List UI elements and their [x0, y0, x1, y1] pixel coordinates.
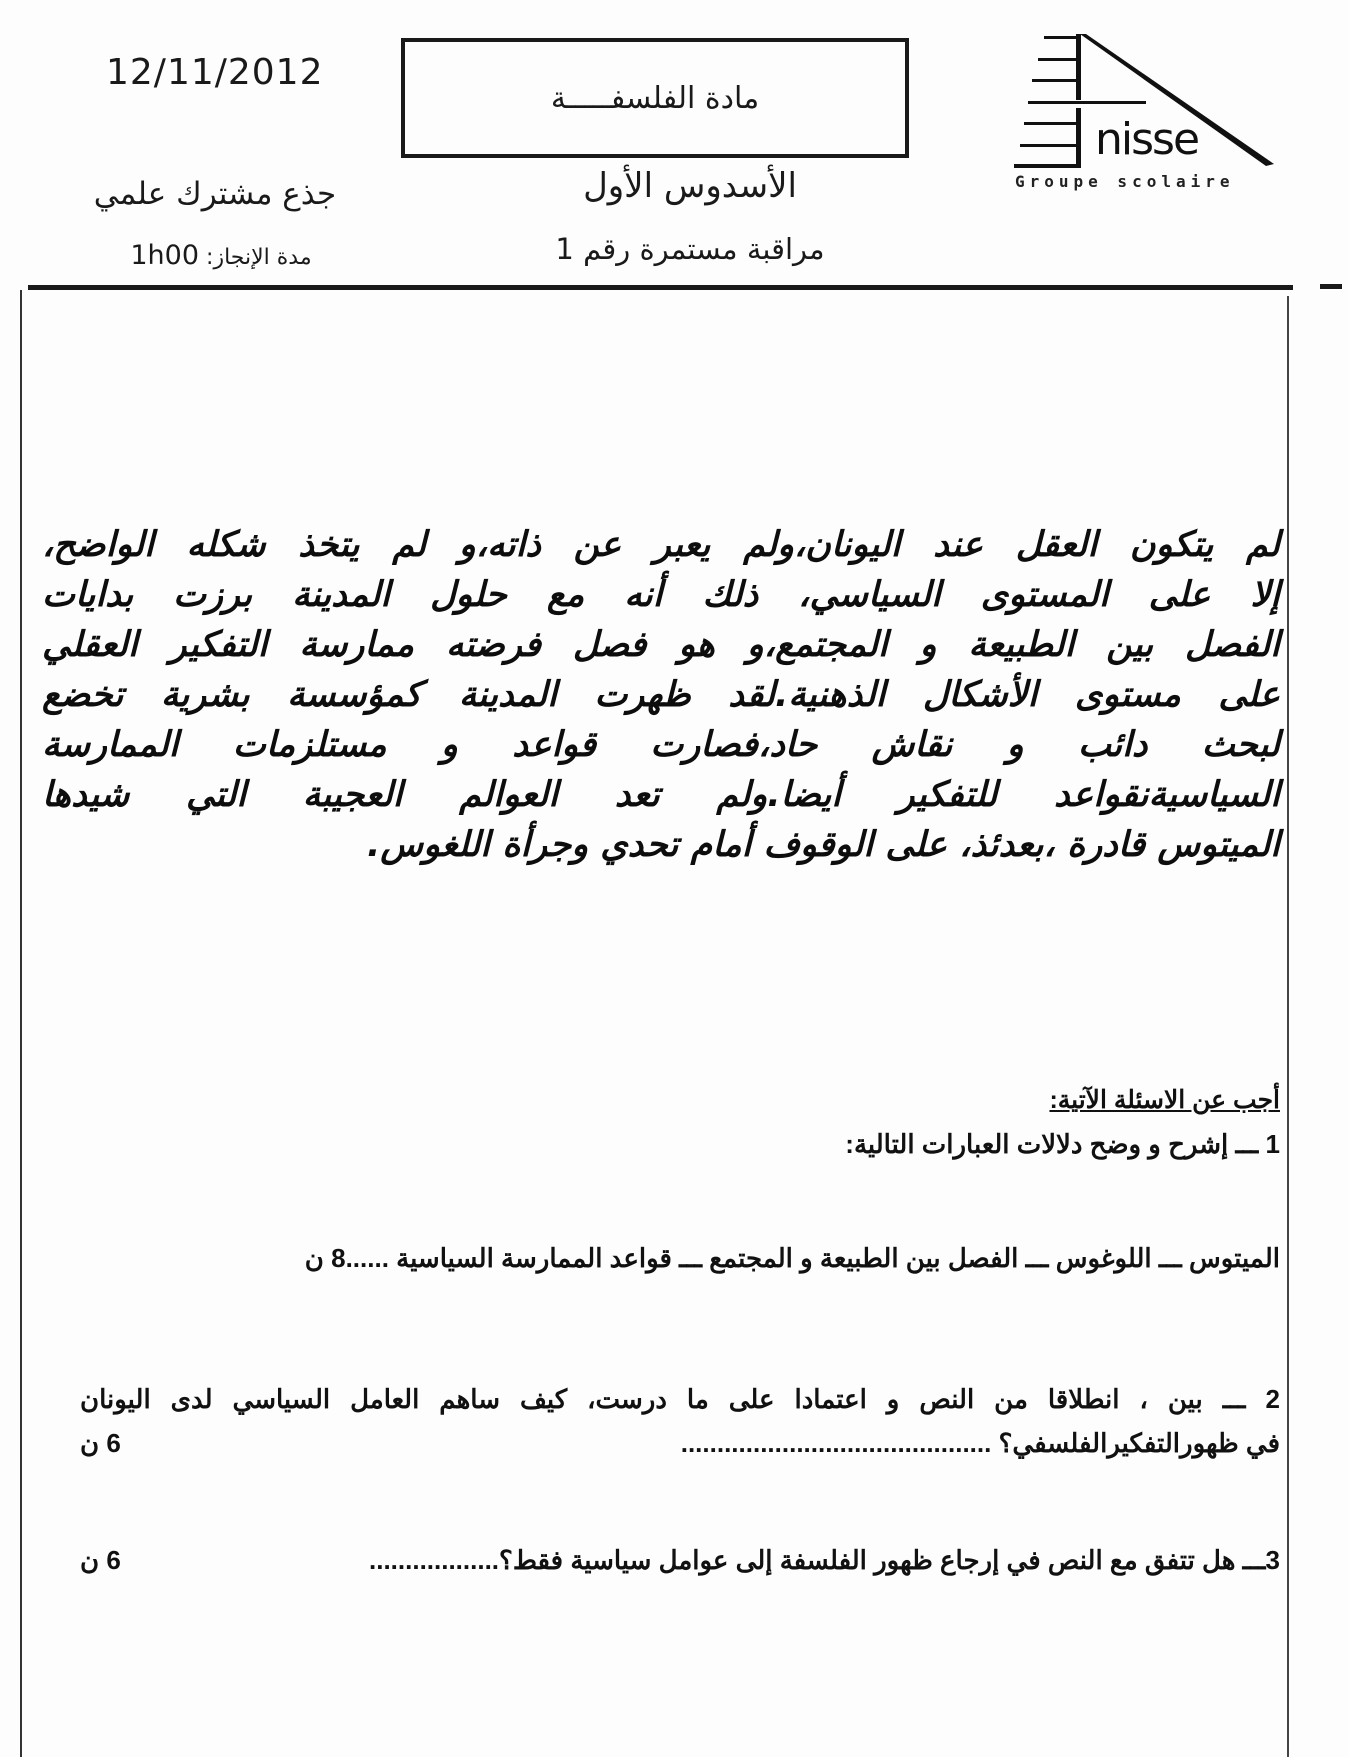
header-divider-tick — [1320, 284, 1342, 289]
semester-label: الأسدوس الأول — [540, 166, 840, 206]
header-divider — [28, 285, 1293, 290]
frame-right-border — [1287, 296, 1289, 1757]
frame-left-border — [20, 290, 22, 1757]
question-2-line-1: 2 ـــ بين ، انطلاقا من النص و اعتمادا عل… — [80, 1377, 1280, 1421]
question-2-dots: ........................................… — [681, 1428, 992, 1458]
passage-line: السياسيةنقواعد للتفكير أيضا.ولم تعد العو… — [42, 770, 1280, 820]
duration-label: مدة الإنجاز: — [206, 245, 312, 270]
question-3: 3ـــ هل تتفق مع النص في إرجاع ظهور الفلس… — [80, 1545, 1280, 1576]
passage-line: إلا على المستوى السياسي، ذلك أنه مع حلول… — [42, 570, 1280, 620]
question-2: 2 ـــ بين ، انطلاقا من النص و اعتمادا عل… — [80, 1377, 1280, 1465]
question-3-score: 6 ن — [80, 1545, 121, 1576]
subject-box: مادة الفلسفـــــة — [401, 38, 909, 158]
exam-number: مراقبة مستمرة رقم 1 — [520, 232, 860, 266]
passage-line: الميتوس قادرة ،بعدئذ، على الوقوف أمام تح… — [42, 820, 1280, 870]
question-1-title: 1 ـــ إشرح و وضح دلالات العبارات التالية… — [80, 1129, 1280, 1160]
question-2-score: 6 ن — [80, 1421, 121, 1465]
class-track: جذع مشترك علمي — [70, 176, 360, 212]
question-3-text: 3ـــ هل تتفق مع النص في إرجاع ظهور الفلس… — [369, 1545, 1280, 1576]
questions-instruction: أجب عن الاسئلة الآتية: — [1049, 1085, 1280, 1115]
passage-line: لم يتكون العقل عند اليونان،ولم يعبر عن ذ… — [42, 520, 1280, 570]
exam-duration: مدة الإنجاز: 1h00 — [96, 240, 346, 271]
question-2-line-2: في ظهورالتفكيرالفلسفي؟ .................… — [80, 1421, 1280, 1465]
subject-title: مادة الفلسفـــــة — [551, 81, 759, 116]
logo-subtitle: Groupe scolaire — [1015, 172, 1235, 191]
question-1-terms: الميتوس ـــ اللوغوس ـــ الفصل بين الطبيع… — [305, 1243, 1280, 1274]
logo-name: nisse — [1095, 118, 1198, 162]
exam-date: 12/11/2012 — [106, 52, 324, 93]
passage-line: على مستوى الأشكال الذهنية.لقد ظهرت المدي… — [42, 670, 1280, 720]
question-3-dots: .................. — [369, 1545, 499, 1575]
passage-line: الفصل بين الطبيعة و المجتمع،و هو فصل فرض… — [42, 620, 1280, 670]
duration-value: 1h00 — [130, 240, 199, 271]
passage-line: لبحث دائب و نقاش حاد،فصارت قواعد و مستلز… — [42, 720, 1280, 770]
philosophy-text-passage: لم يتكون العقل عند اليونان،ولم يعبر عن ذ… — [42, 520, 1280, 870]
exam-sheet: 12/11/2012 جذع مشترك علمي مدة الإنجاز: 1… — [0, 0, 1349, 1757]
question-2-text: في ظهورالتفكيرالفلسفي؟ .................… — [681, 1421, 1280, 1465]
questions-section: أجب عن الاسئلة الآتية: 1 ـــ إشرح و وضح … — [80, 1085, 1280, 1160]
